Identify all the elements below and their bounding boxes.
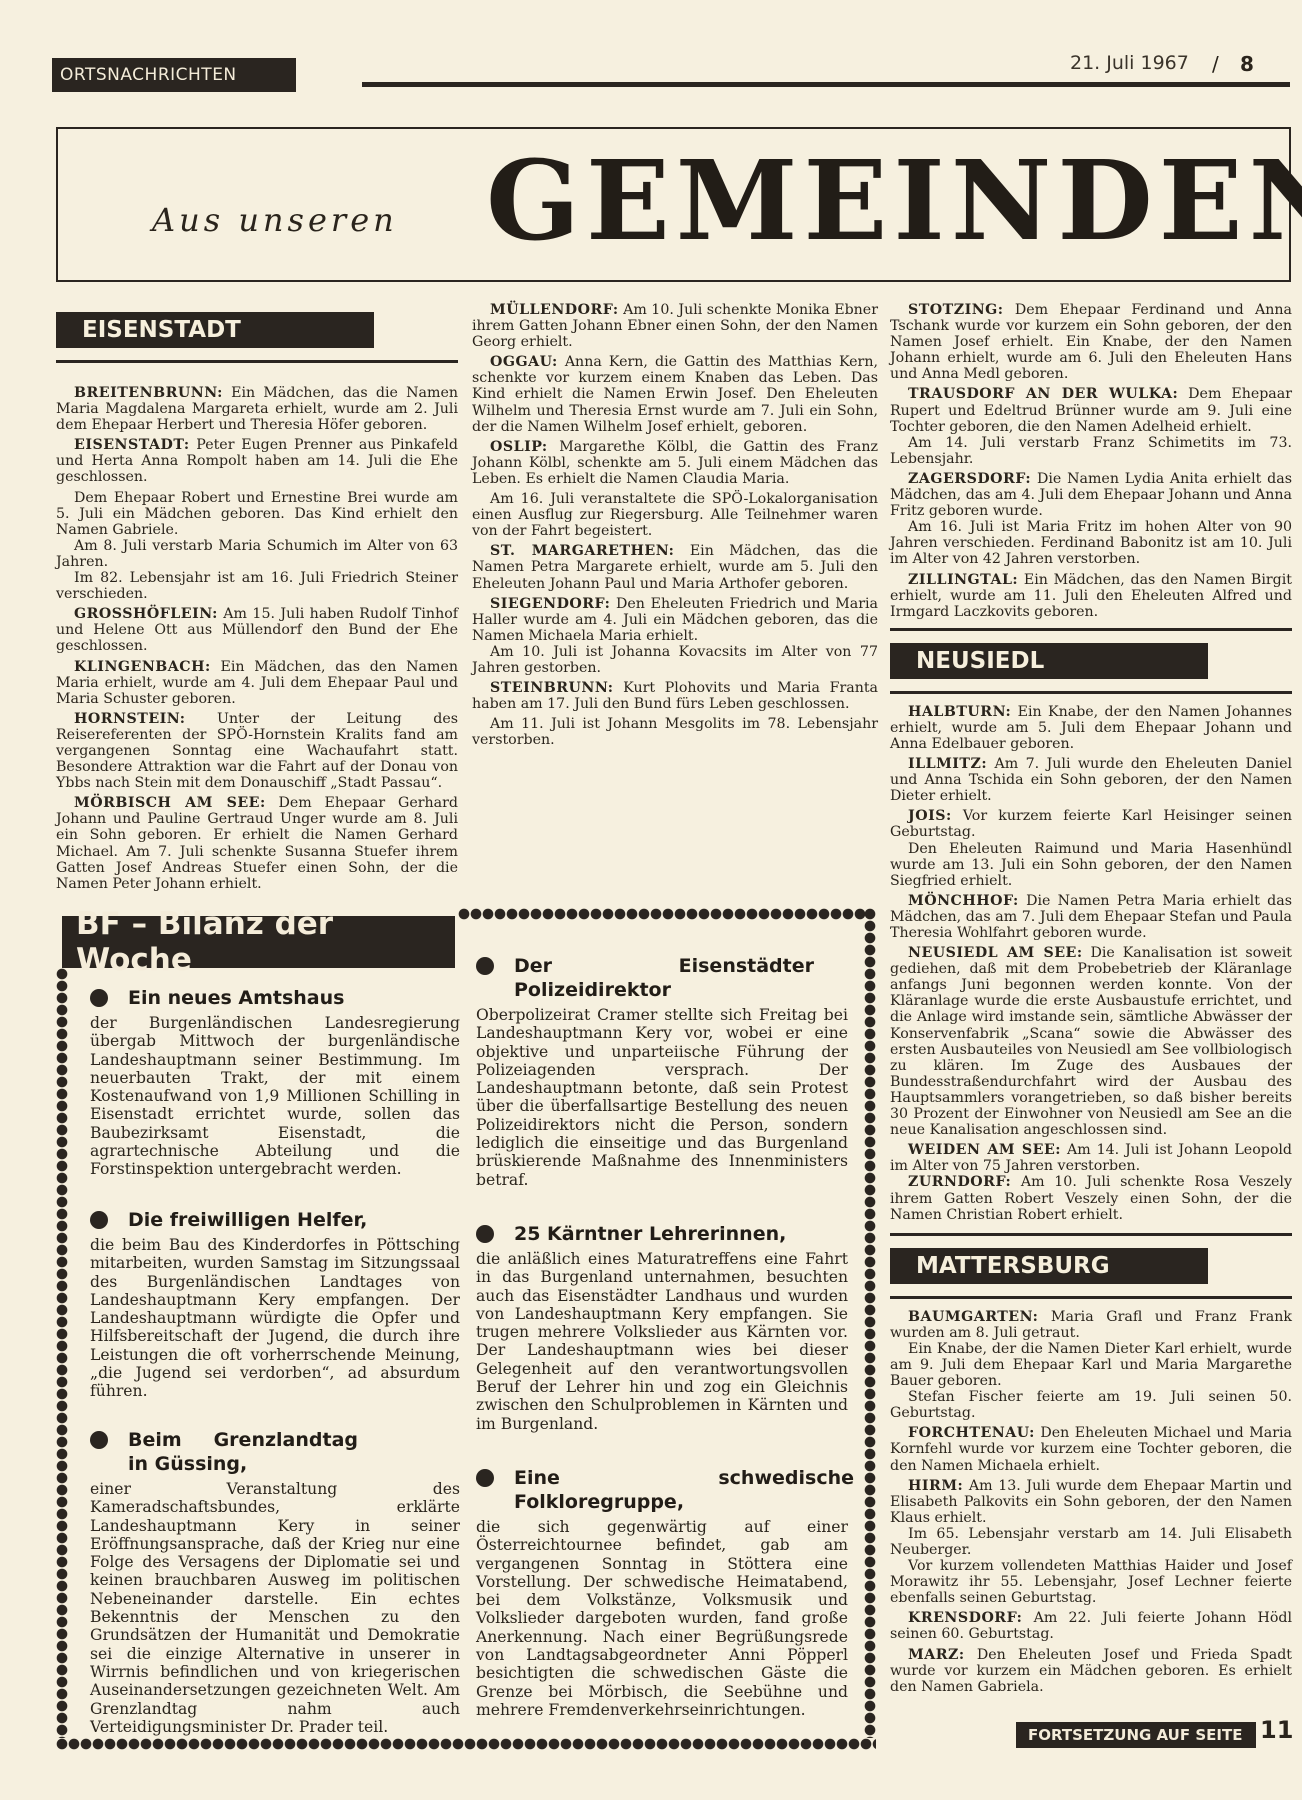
bilanz-story: Der Eisenstädter Polizeidirektor Oberpol… xyxy=(476,954,848,1189)
news-item: Stefan Fischer feierte am 19. Juli seine… xyxy=(890,1389,1292,1421)
news-item: BREITENBRUNN: Ein Mädchen, das die Namen… xyxy=(56,385,458,433)
news-item: OGGAU: Anna Kern, die Gattin des Matthia… xyxy=(472,354,878,434)
news-item: MÖNCHHOF: Die Namen Petra Maria erhielt … xyxy=(890,893,1292,941)
bullet-icon xyxy=(90,1431,108,1449)
news-item: STEINBRUNN: Kurt Plohovits und Maria Fra… xyxy=(472,680,878,712)
news-item: NEUSIEDL AM SEE: Die Kanalisation ist so… xyxy=(890,945,1292,1138)
news-item: KLINGENBACH: Ein Mädchen, das den Namen … xyxy=(56,659,458,707)
dotted-border-right xyxy=(864,908,876,1738)
region-head-mattersburg: MATTERSBURG xyxy=(890,1248,1208,1284)
news-item: MARZ: Den Eheleuten Josef und Frieda Spa… xyxy=(890,1647,1292,1695)
bullet-icon xyxy=(476,1469,494,1487)
bilanz-story: 25 Kärntner Lehrerinnen, die anläßlich e… xyxy=(476,1222,848,1433)
news-item: WEIDEN AM SEE: Am 14. Juli ist Johann Le… xyxy=(890,1142,1292,1174)
bilanz-title: BF – Bilanz der Woche xyxy=(62,916,455,968)
header-separator: / xyxy=(1212,52,1219,76)
news-item: HORNSTEIN: Unter der Leitung des Reisere… xyxy=(56,711,458,791)
news-item: HALBTURN: Ein Knabe, der den Namen Johan… xyxy=(890,704,1292,752)
news-item: Am 16. Juli veranstaltete die SPÖ-Lokalo… xyxy=(472,491,878,539)
news-item: Dem Ehepaar Robert und Ernestine Brei wu… xyxy=(56,490,458,538)
news-item: ZILLINGTAL: Ein Mädchen, das den Namen B… xyxy=(890,572,1292,620)
section-label: ORTSNACHRICHTEN xyxy=(52,58,296,92)
news-item: ILLMITZ: Am 7. Juli wurde den Eheleuten … xyxy=(890,756,1292,804)
news-item: Den Eheleuten Raimund und Maria Hasenhün… xyxy=(890,841,1292,889)
continued-page: 11 xyxy=(1260,1716,1293,1744)
page-number: 8 xyxy=(1240,52,1254,76)
bilanz-story: Die freiwilligen Helfer, die beim Bau de… xyxy=(90,1208,460,1401)
masthead-kicker: Aus unseren xyxy=(152,201,398,239)
dotted-border-top xyxy=(458,908,868,920)
masthead: Aus unseren GEMEINDEN xyxy=(56,127,1291,282)
region-rule xyxy=(890,691,1292,694)
news-item: Am 16. Juli ist Maria Fritz im hohen Alt… xyxy=(890,519,1292,567)
news-item: ZAGERSDORF: Die Namen Lydia Anita erhiel… xyxy=(890,471,1292,519)
news-item: EISENSTADT: Peter Eugen Prenner aus Pink… xyxy=(56,437,458,485)
news-item: Am 10. Juli ist Johanna Kovacsits im Alt… xyxy=(472,644,878,676)
news-item: HIRM: Am 13. Juli wurde dem Ehepaar Mart… xyxy=(890,1478,1292,1526)
region-rule xyxy=(56,360,458,363)
news-item: MÖRBISCH AM SEE: Dem Ehepaar Gerhard Joh… xyxy=(56,795,458,892)
bullet-icon xyxy=(476,1225,494,1243)
news-item: ST. MARGARETHEN: Ein Mädchen, das die Na… xyxy=(472,543,878,591)
news-item: Am 11. Juli ist Johann Mesgolits im 78. … xyxy=(472,716,878,748)
news-item: Am 8. Juli verstarb Maria Schumich im Al… xyxy=(56,538,458,570)
region-head-neusiedl: NEUSIEDL xyxy=(890,643,1208,679)
region-rule xyxy=(890,628,1292,631)
column-1: EISENSTADT BREITENBRUNN: Ein Mädchen, da… xyxy=(56,312,458,896)
news-item: Im 82. Lebensjahr ist am 16. Juli Friedr… xyxy=(56,570,458,602)
bilanz-story: Ein neues Amtshaus der Burgenländischen … xyxy=(90,986,460,1179)
news-item: Vor kurzem vollendeten Matthias Haider u… xyxy=(890,1558,1292,1606)
news-item: JOIS: Vor kurzem feierte Karl Heisinger … xyxy=(890,808,1292,840)
news-item: TRAUSDORF AN DER WULKA: Dem Ehepaar Rupe… xyxy=(890,386,1292,434)
news-item: Am 14. Juli verstarb Franz Schimetits im… xyxy=(890,435,1292,467)
news-item: ZURNDORF: Am 10. Juli schenkte Rosa Vesz… xyxy=(890,1174,1292,1222)
bullet-icon xyxy=(476,957,494,975)
dotted-border-bottom xyxy=(56,1738,876,1750)
masthead-title: GEMEINDEN xyxy=(486,131,1302,271)
region-rule xyxy=(890,1296,1292,1299)
issue-date: 21. Juli 1967 xyxy=(1070,52,1189,74)
region-rule xyxy=(890,1233,1292,1236)
news-item: GROSSHÖFLEIN: Am 15. Juli haben Rudolf T… xyxy=(56,606,458,654)
news-item: KRENSDORF: Am 22. Juli feierte Johann Hö… xyxy=(890,1610,1292,1642)
news-item: OSLIP: Margarethe Kölbl, die Gattin des … xyxy=(472,439,878,487)
news-item: Ein Knabe, der die Namen Dieter Karl erh… xyxy=(890,1341,1292,1389)
news-item: Im 65. Lebensjahr verstarb am 14. Juli E… xyxy=(890,1526,1292,1558)
column-3: STOTZING: Dem Ehepaar Ferdinand und Anna… xyxy=(890,302,1292,1699)
bullet-icon xyxy=(90,1211,108,1229)
header-rule xyxy=(362,82,1290,87)
news-item: STOTZING: Dem Ehepaar Ferdinand und Anna… xyxy=(890,302,1292,382)
continued-label: FORTSETZUNG AUF SEITE xyxy=(1016,1722,1256,1748)
bilanz-story: Eine schwedische Folkloregruppe, die sic… xyxy=(476,1466,848,1719)
bullet-icon xyxy=(90,989,108,1007)
news-item: FORCHTENAU: Den Eheleuten Michael und Ma… xyxy=(890,1425,1292,1473)
region-head-eisenstadt: EISENSTADT xyxy=(56,312,374,348)
column-2-content: MÜLLENDORF: Am 10. Juli schenkte Monika … xyxy=(472,302,878,752)
news-item: MÜLLENDORF: Am 10. Juli schenkte Monika … xyxy=(472,302,878,350)
news-item: SIEGENDORF: Den Eheleuten Friedrich und … xyxy=(472,596,878,644)
dotted-border-left xyxy=(56,968,68,1738)
bilanz-story: Beim Grenzlandtag in Güssing, einer Vera… xyxy=(90,1428,460,1736)
news-item: BAUMGARTEN: Maria Grafl und Franz Frank … xyxy=(890,1309,1292,1341)
